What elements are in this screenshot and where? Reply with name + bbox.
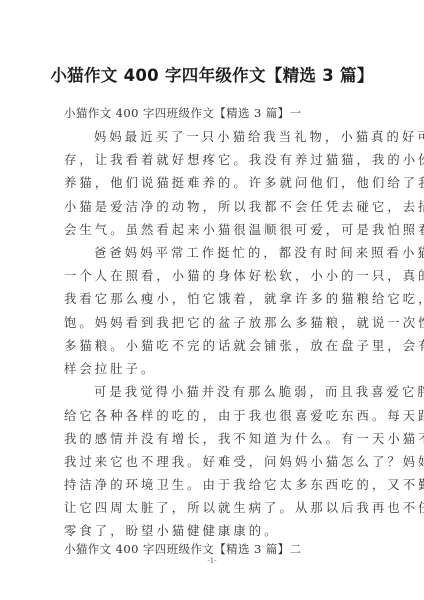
page-number: -1- [0, 557, 424, 565]
paragraph-line: 零食了，盼望小猫健健康康的。 [64, 523, 361, 539]
paragraph-line: 持洁净的环境卫生。由于我给它太多东西吃的，又不勤快的清洁， [64, 477, 361, 493]
paragraph-line: 妈妈最近买了一只小猫给我当礼物，小猫真的好可爱好温 [94, 129, 361, 145]
paragraph-line: 让它四周太脏了，所以就生病了。从那以后我再也不任凭给小猫吃 [64, 500, 361, 516]
paragraph-line: 存，让我看着就好想疼它。我没有养过猫猫，我的小伙伴家也有人 [64, 152, 361, 168]
paragraph-line: 会生气。虽然看起来小猫很温顺很可爱，可是我怕照看不好它。 [64, 222, 361, 238]
paragraph-line: 我看它那么瘦小，怕它饿着，就拿许多的猫粮给它吃，怕它吃不 [64, 291, 361, 307]
section-heading-2: 小猫作文 400 字四班级作文【精选 3 篇】二 [64, 541, 302, 557]
paragraph-line: 多猫粮。小猫吃不完的话就会铺张，放在盘子里，会有细菌的，这 [64, 338, 361, 354]
paragraph-line: 我的感情并没有增长，我不知道为什么。有一天小猫不喜爱动了， [64, 431, 361, 447]
section-heading-1: 小猫作文 400 字四班级作文【精选 3 篇】一 [64, 105, 302, 121]
paragraph-line: 给它各种各样的吃的，由于我也很喜爱吃东西。每天跟它玩似乎跟 [64, 408, 361, 424]
paragraph-line: 一个人在照看，小猫的身体好松软，小小的一只，真的超级可爱。 [64, 268, 361, 284]
paragraph-line: 小猫是爱洁净的动物，所以我都不会任凭去碰它，去招惹它，怕它 [64, 199, 361, 215]
paragraph-line: 样会拉肚子。 [64, 361, 361, 377]
paragraph-line: 可是我觉得小猫并没有那么脆弱，而且我喜爱它胖一点。就 [94, 384, 361, 400]
document-title: 小猫作文 400 字四年级作文【精选 3 篇】 [0, 62, 424, 86]
paragraph-line: 我过来它也不理我。好难受，问妈妈小猫怎么了？妈妈说小猫要保 [64, 454, 361, 470]
paragraph-line: 养猫，他们说猫挺难养的。许多就问他们，他们给了我一些阅历。 [64, 175, 361, 191]
paragraph-line: 饱。妈妈看到我把它的盆子放那么多猫粮，就说一次性不要放那么 [64, 315, 361, 331]
paragraph-line: 爸爸妈妈平常工作挺忙的，都没有时间来照看小猫，都是我 [94, 245, 361, 261]
